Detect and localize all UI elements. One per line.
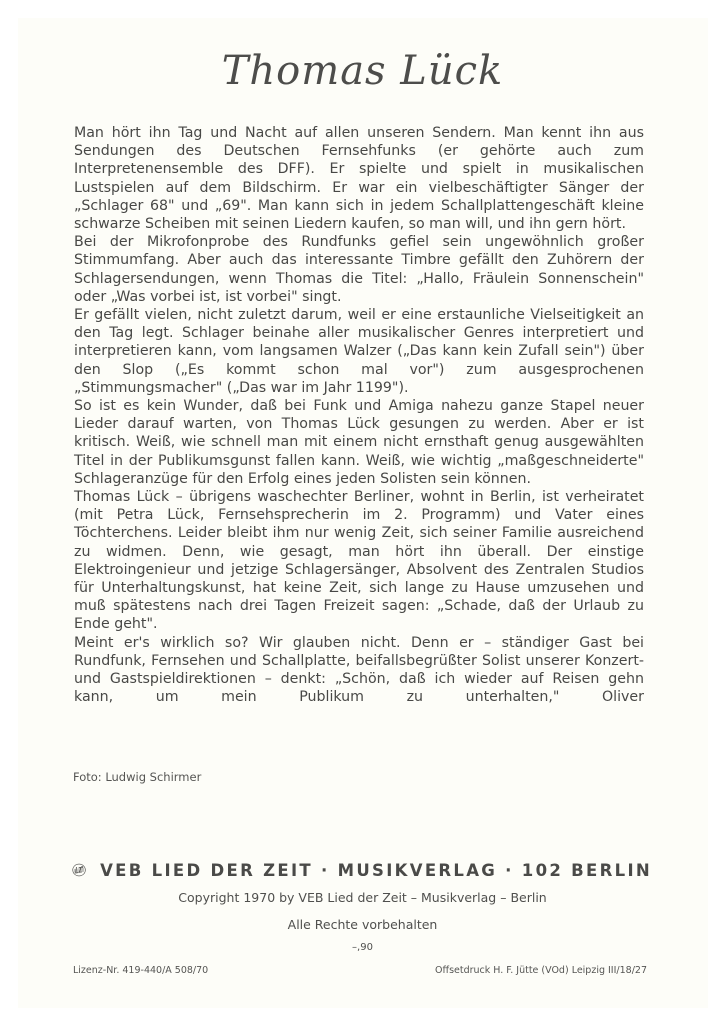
paragraph: So ist es kein Wunder, daß bei Funk und …: [74, 397, 644, 488]
paragraph: Man hört ihn Tag und Nacht auf allen uns…: [74, 124, 644, 233]
article-body: Man hört ihn Tag und Nacht auf allen uns…: [74, 124, 644, 707]
page-title: Thomas Lück: [0, 48, 725, 94]
printer-info: Offsetdruck H. F. Jütte (VOd) Leipzig II…: [435, 965, 647, 976]
paragraph: Meint er's wirklich so? Wir glauben nich…: [74, 634, 644, 707]
paragraph: Er gefällt vielen, nicht zuletzt darum, …: [74, 306, 644, 397]
license-number: Lizenz-Nr. 419-440/A 508/70: [73, 965, 208, 976]
paragraph: Bei der Mikrofonprobe des Rundfunks gefi…: [74, 233, 644, 306]
lied-der-zeit-logo-icon: [72, 852, 86, 888]
publisher-name: VEB LIED DER ZEIT · MUSIKVERLAG · 102 BE…: [100, 861, 652, 880]
publisher-line: VEB LIED DER ZEIT · MUSIKVERLAG · 102 BE…: [72, 852, 652, 888]
copyright-notice: Copyright 1970 by VEB Lied der Zeit – Mu…: [0, 890, 725, 905]
price: –,90: [0, 942, 725, 953]
rights-notice: Alle Rechte vorbehalten: [0, 917, 725, 932]
photo-credit: Foto: Ludwig Schirmer: [73, 770, 201, 784]
paragraph: Thomas Lück – übrigens waschechter Berli…: [74, 488, 644, 634]
